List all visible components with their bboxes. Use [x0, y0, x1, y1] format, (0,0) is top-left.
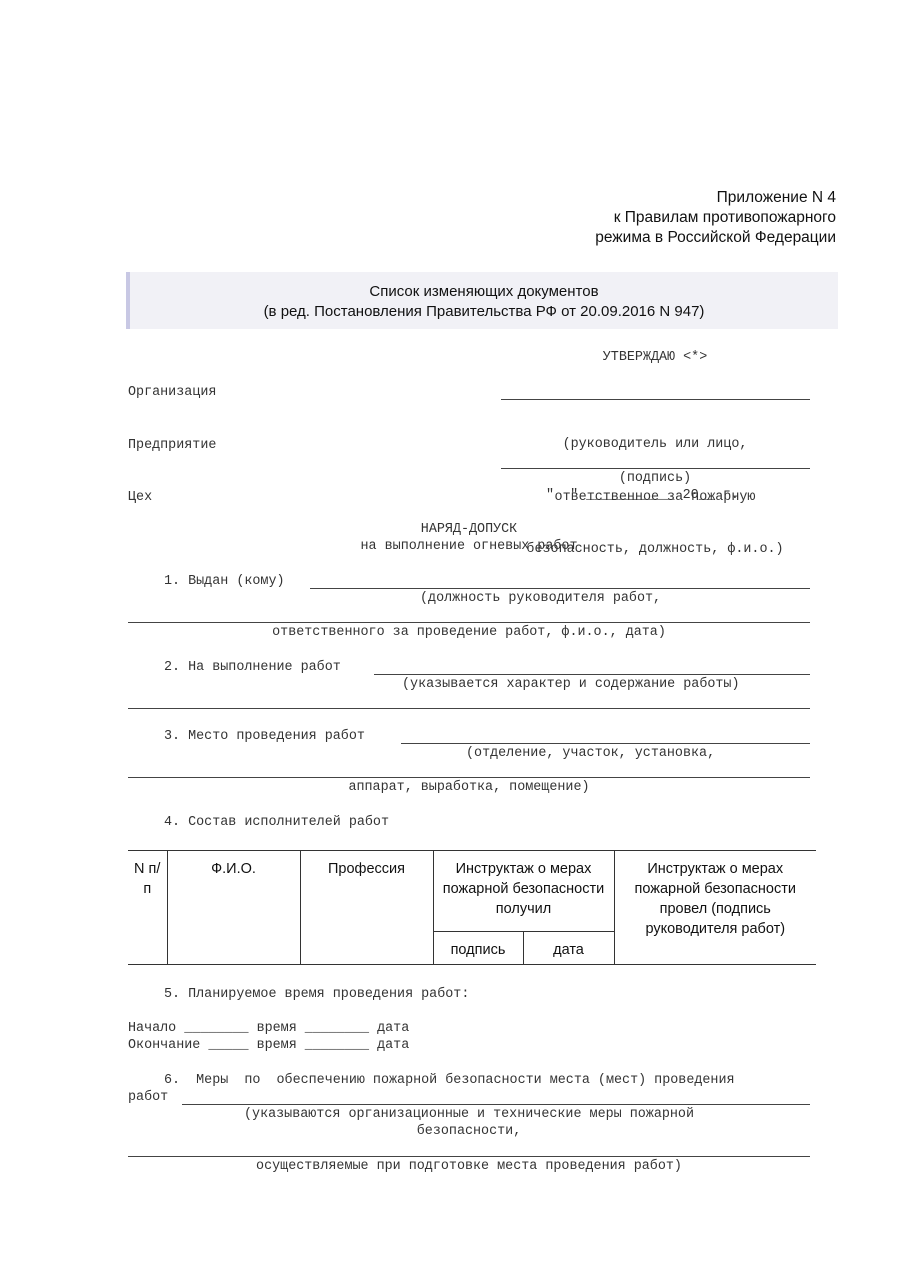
- issued-to-field-line[interactable]: [310, 588, 810, 589]
- work-type-field-line-2[interactable]: [128, 708, 810, 709]
- section-3-label: 3. Место проведения работ: [164, 728, 365, 746]
- safety-measures-field-line[interactable]: [182, 1104, 810, 1105]
- work-type-field-line[interactable]: [374, 674, 810, 675]
- header-fio: Ф.И.О.: [167, 851, 300, 965]
- appendix-rules: к Правилам противопожарного: [595, 208, 836, 228]
- workshop-label: Цех: [128, 489, 216, 507]
- table-header-row: N п/п Ф.И.О. Профессия Инструктаж о мера…: [128, 851, 816, 932]
- issued-to-field-line-2[interactable]: [128, 622, 810, 623]
- organization-block: Организация Предприятие Цех: [128, 349, 216, 524]
- header-profession: Профессия: [300, 851, 433, 965]
- section-6-label-cont: работ: [128, 1089, 168, 1107]
- section-4-label: 4. Состав исполнителей работ: [164, 814, 389, 832]
- signature-hint: (подпись): [500, 470, 810, 488]
- section-5-label: 5. Планируемое время проведения работ:: [164, 986, 469, 1004]
- section-1-hint2: ответственного за проведение работ, ф.и.…: [128, 624, 810, 642]
- appendix-regime: режима в Российской Федерации: [595, 228, 836, 248]
- section-3-hint2: аппарат, выработка, помещение): [128, 779, 810, 797]
- approval-date-line[interactable]: " " ___________ 20__ г.: [546, 487, 739, 505]
- section-1-hint1: (должность руководителя работ,: [420, 590, 661, 608]
- section-6-label: 6. Меры по обеспечению пожарной безопасн…: [164, 1072, 735, 1090]
- signature-field-line[interactable]: [501, 468, 810, 469]
- approval-title: УТВЕРЖДАЮ <*>: [500, 349, 810, 367]
- section-6-hint2: безопасности,: [128, 1123, 810, 1141]
- start-time-field[interactable]: Начало ________ время ________ дата: [128, 1020, 409, 1038]
- section-6-hint3: осуществляемые при подготовке места пров…: [128, 1158, 810, 1176]
- section-1-label: 1. Выдан (кому): [164, 573, 285, 591]
- amending-documents-box: Список изменяющих документов (в ред. Пос…: [126, 272, 838, 329]
- organization-label: Организация: [128, 384, 216, 402]
- approver-field-line[interactable]: [501, 399, 810, 400]
- header-briefing-received: Инструктаж о мерах пожарной безопасности…: [433, 851, 614, 932]
- appendix-number: Приложение N 4: [595, 188, 836, 208]
- document-subtitle: на выполнение огневых работ: [128, 538, 810, 556]
- section-2-hint1: (указывается характер и содержание работ…: [402, 676, 740, 694]
- executors-table: N п/п Ф.И.О. Профессия Инструктаж о мера…: [128, 850, 816, 965]
- section-2-label: 2. На выполнение работ: [164, 659, 341, 677]
- enterprise-label: Предприятие: [128, 437, 216, 455]
- safety-measures-field-line-2[interactable]: [128, 1156, 810, 1157]
- document-title: НАРЯД-ДОПУСК: [128, 521, 810, 539]
- end-time-field[interactable]: Окончание _____ время ________ дата: [128, 1037, 409, 1055]
- amending-documents-title: Список изменяющих документов: [130, 282, 838, 302]
- section-6-hint1: (указываются организационные и техническ…: [128, 1106, 810, 1124]
- header-briefing-conducted: Инструктаж о мерах пожарной безопасности…: [614, 851, 816, 965]
- appendix-header: Приложение N 4 к Правилам противопожарно…: [595, 188, 836, 248]
- header-received-date: дата: [523, 932, 614, 965]
- section-3-hint1: (отделение, участок, установка,: [466, 745, 715, 763]
- approver-hint-line1: (руководитель или лицо,: [500, 436, 810, 454]
- work-place-field-line[interactable]: [401, 743, 810, 744]
- header-num: N п/п: [128, 851, 167, 965]
- header-received-signature: подпись: [433, 932, 523, 965]
- work-place-field-line-2[interactable]: [128, 777, 810, 778]
- amending-documents-ref: (в ред. Постановления Правительства РФ о…: [130, 302, 838, 322]
